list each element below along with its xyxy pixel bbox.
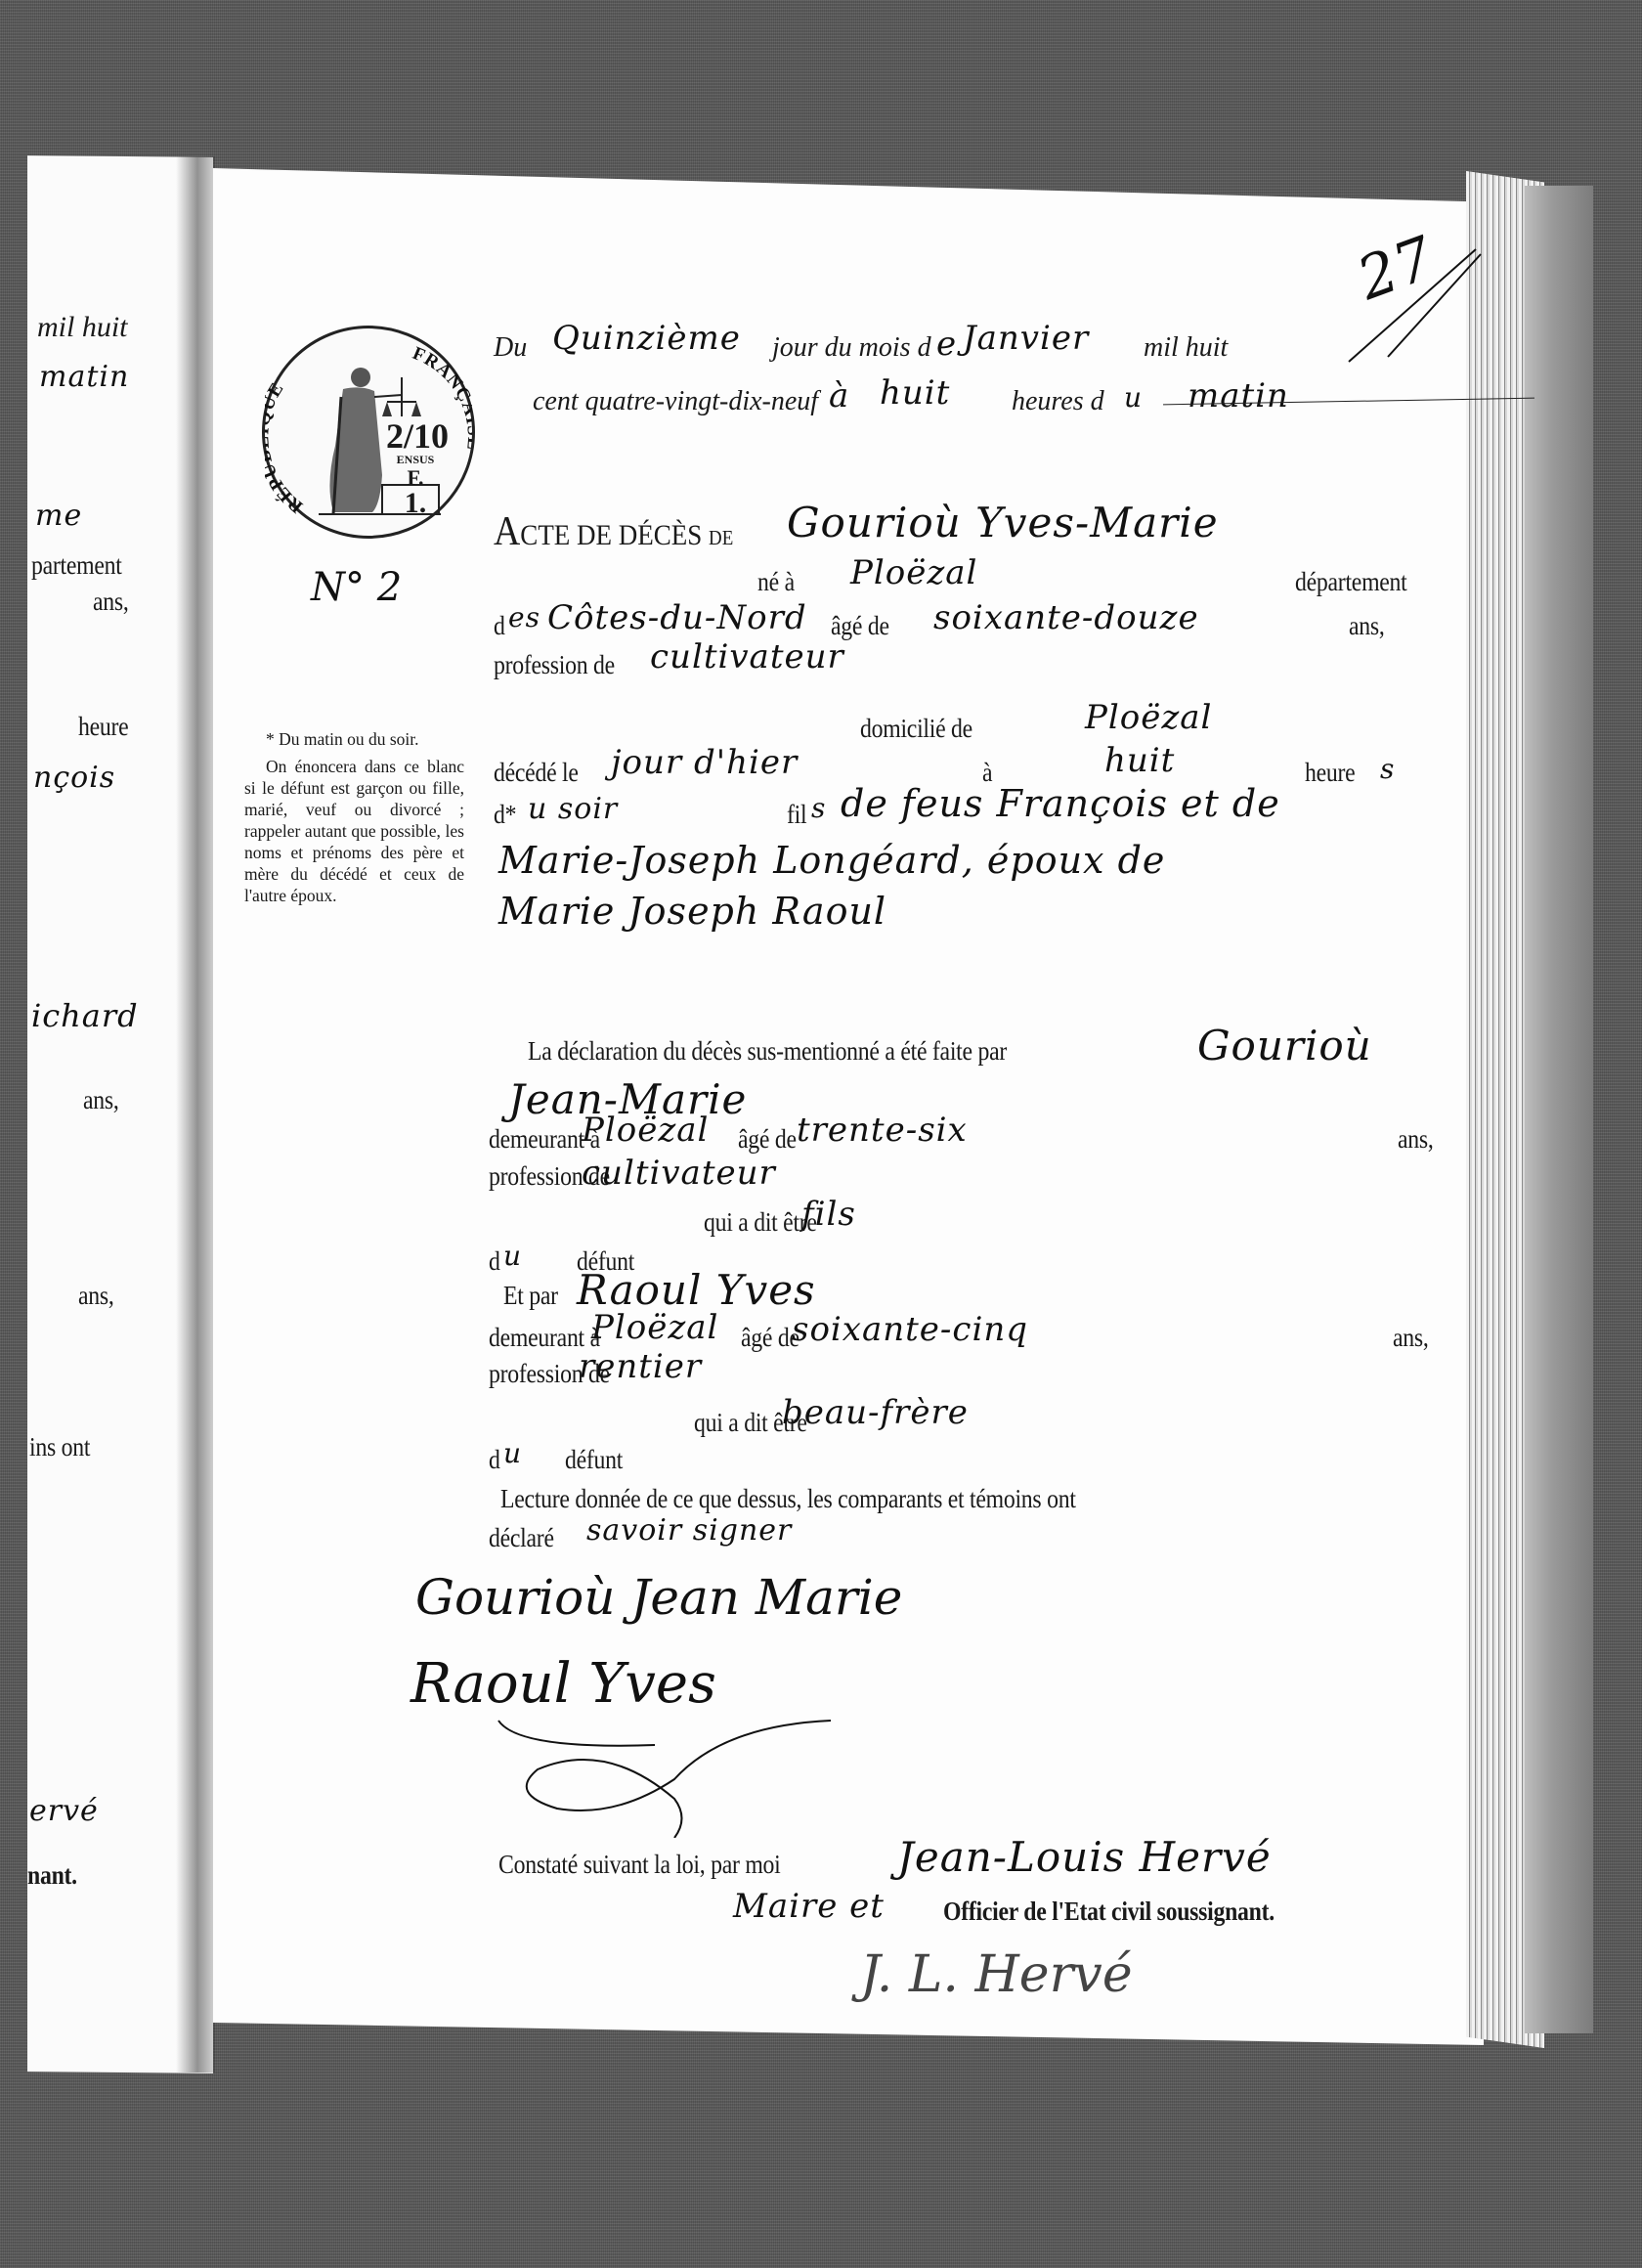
left-fragment-hand: me: [35, 499, 82, 533]
tax-stamp-seal: RÉPUBLIQUE FRANÇAISE 2/10 ENSUS F. 1.: [262, 326, 475, 539]
field-du-suffix: u: [503, 1437, 522, 1469]
left-fragment-ins-ont: ins ont: [29, 1432, 90, 1462]
label-d: d: [489, 1445, 500, 1475]
field-day: Quinzième: [552, 319, 741, 358]
field-mois-suffix: e: [936, 325, 957, 364]
label-ne-a: né à: [757, 567, 795, 597]
asterisk-note: * Du matin ou du soir.: [244, 728, 464, 750]
label-ans: ans,: [1393, 1323, 1429, 1353]
field-parents-line1: de feus François et de: [841, 782, 1280, 825]
label-age-de: âgé de: [738, 1124, 797, 1155]
field-declarant2-residence: Ploëzal: [591, 1308, 718, 1347]
field-death-hour: huit: [1104, 741, 1175, 780]
field-du-suffix: u: [503, 1240, 522, 1272]
field-a: à: [829, 376, 849, 415]
field-declarant1-relation: fils: [801, 1195, 856, 1234]
field-officer-title: Maire et: [733, 1887, 885, 1926]
field-parents-line2: Marie-Joseph Longéard, époux de: [498, 839, 1165, 882]
folio-flourish: [1329, 240, 1486, 367]
label-declaration-intro: La déclaration du décès sus-mentionné a …: [528, 1036, 1007, 1067]
field-parents-line3: Marie Joseph Raoul: [498, 890, 886, 933]
field-birthplace: Ploëzal: [850, 553, 977, 592]
acte-title: ACTE DE DÉCÈS de: [494, 508, 733, 555]
field-declarant2-profession: rentier: [579, 1347, 702, 1386]
header-jour-du-mois: jour du mois d: [772, 332, 931, 364]
signature-declarant1: Gourioù Jean Marie: [415, 1569, 902, 1626]
instruction-note: On énoncera dans ce blanc si le défunt e…: [244, 756, 464, 906]
label-departement: département: [1295, 567, 1407, 597]
record-number: N° 2: [311, 565, 402, 610]
field-profession: cultivateur: [650, 637, 844, 676]
label-defunt: défunt: [565, 1445, 623, 1475]
field-department: Côtes-du-Nord: [547, 598, 807, 637]
book-gutter-shadow: [176, 156, 215, 2072]
field-deceased-name: Gourioù Yves-Marie: [787, 499, 1219, 546]
label-ans: ans,: [1349, 611, 1385, 641]
field-month: Janvier: [963, 319, 1089, 358]
field-period: matin: [1188, 376, 1289, 415]
header-mil-huit: mil huit: [1144, 332, 1228, 364]
field-declarant2-name: Raoul Yves: [577, 1266, 816, 1314]
field-fils-suffix: s: [811, 792, 826, 824]
label-ans: ans,: [1398, 1124, 1434, 1155]
left-fragment-departement: partement: [31, 550, 122, 581]
label-constate: Constaté suivant la loi, par moi: [498, 1850, 781, 1880]
left-fragment-matin: matin: [39, 360, 129, 394]
field-des-suffix: es: [508, 601, 540, 633]
stamp-value: 2/10 ENSUS F. 1.: [386, 418, 445, 518]
header-year: cent quatre-vingt-dix-neuf: [533, 386, 818, 417]
label-qui-a-dit: qui a dit être: [704, 1207, 817, 1238]
field-declarant2-relation: beau-frère: [782, 1393, 969, 1432]
field-declarant1-residence: Ploëzal: [582, 1111, 709, 1150]
field-heure-suffix: s: [1380, 753, 1395, 785]
label-profession: profession de: [494, 650, 615, 680]
field-age: soixante-douze: [933, 598, 1199, 637]
field-heures-suffix: u: [1124, 381, 1143, 414]
label-heure: heure: [1305, 758, 1355, 788]
margin-instructions: * Du matin ou du soir. On énoncera dans …: [244, 728, 464, 912]
left-fragment-richard: ichard: [31, 997, 139, 1034]
label-et-par: Et par: [503, 1281, 558, 1311]
header-du: Du: [494, 332, 527, 364]
label-lecture: Lecture donnée de ce que dessus, les com…: [500, 1484, 1076, 1514]
left-fragment-heure: heure: [78, 712, 128, 742]
left-fragment-ans-3: ans,: [78, 1281, 114, 1311]
left-fragment-herve: ervé: [29, 1794, 99, 1828]
left-fragment-ans: ans,: [93, 587, 129, 617]
left-fragment-francois: nçois: [33, 761, 115, 795]
label-d: d: [494, 611, 505, 641]
left-fragment-ans-2: ans,: [83, 1085, 119, 1115]
left-fragment-nant: nant.: [27, 1860, 77, 1891]
left-fragment-mil-huit: mil huit: [37, 311, 128, 344]
label-age-de: âgé de: [741, 1323, 799, 1353]
field-death-period: u soir: [528, 792, 618, 826]
field-declarant1-surname: Gourioù: [1197, 1022, 1372, 1069]
label-declare: déclaré: [489, 1523, 554, 1553]
label-d-star: d*: [494, 800, 516, 830]
field-declarant1-profession: cultivateur: [582, 1154, 776, 1193]
field-declarant1-age: trente-six: [797, 1111, 968, 1150]
field-declaration: savoir signer: [586, 1513, 792, 1548]
field-officer-name: Jean-Louis Hervé: [897, 1833, 1272, 1881]
signature-flourish: [479, 1701, 870, 1838]
officer-signature: J. L. Hervé: [860, 1945, 1133, 2004]
label-d: d: [489, 1246, 500, 1277]
label-domicilie: domicilié de: [860, 714, 972, 744]
label-decede-le: décédé le: [494, 758, 579, 788]
label-fils: fil: [787, 800, 806, 830]
field-hour: huit: [880, 373, 950, 413]
book-spine: [1525, 186, 1593, 2033]
svg-text:RÉPUBLIQUE: RÉPUBLIQUE: [265, 378, 307, 516]
header-heures-du: heures d: [1012, 386, 1104, 417]
field-domicile: Ploëzal: [1085, 698, 1212, 737]
label-officier: Officier de l'Etat civil soussignant.: [943, 1897, 1275, 1927]
field-declarant2-age: soixante-cinq: [792, 1310, 1028, 1349]
field-death-day: jour d'hier: [611, 743, 798, 782]
